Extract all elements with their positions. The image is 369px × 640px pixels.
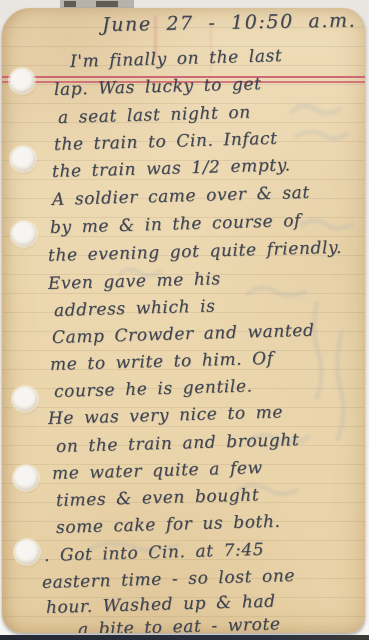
punch-hole (15, 540, 39, 564)
journal-paper-sheet: June 27 - 10:50 a.m. I'm finally on the … (2, 8, 365, 633)
ink-smudge (96, 1, 118, 7)
punch-hole (13, 387, 37, 411)
journal-date-heading: June 27 - 10:50 a.m. (102, 10, 357, 36)
punch-hole (14, 466, 38, 490)
dark-surface-below-page (0, 635, 369, 640)
ink-smudge (64, 1, 76, 7)
punch-hole (11, 147, 35, 171)
punch-hole (12, 222, 36, 246)
punch-hole (10, 69, 34, 93)
photo-of-journal-page: June 27 - 10:50 a.m. I'm finally on the … (0, 0, 369, 640)
